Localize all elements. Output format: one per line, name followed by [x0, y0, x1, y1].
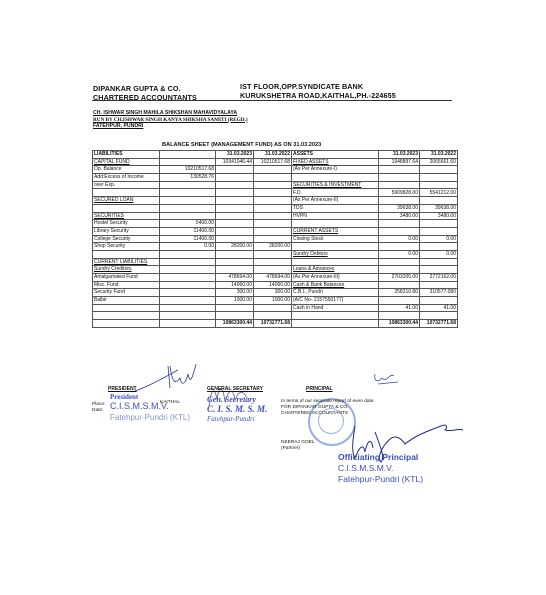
- asset-description: Cash in Hand: [292, 304, 379, 312]
- liability-description: SECURED LOAN: [93, 197, 160, 205]
- liability-current-amount: [216, 312, 254, 320]
- liability-current-amount: [216, 250, 254, 258]
- liability-description: Shop Security: [93, 243, 160, 251]
- header-liab-year-current: 31.03.2023: [216, 151, 254, 159]
- liability-sub-amount: 11400.00: [160, 235, 216, 243]
- asset-current-amount: [379, 266, 420, 274]
- liability-sub-amount: 5400.00: [160, 220, 216, 228]
- liability-sub-amount: 0.00: [160, 243, 216, 251]
- asset-description: [292, 220, 379, 228]
- asset-description: [292, 174, 379, 182]
- asset-current-amount: [379, 197, 420, 205]
- liability-description: College Security: [93, 235, 160, 243]
- address-line-2: KURUKSHETRA ROAD,KAITHAL,PH.-224655: [240, 92, 396, 101]
- asset-description: CURRENT ASSETS: [292, 227, 379, 235]
- liability-description: CAPITAL FUND: [93, 158, 160, 166]
- liability-description: [93, 250, 160, 258]
- liability-sub-amount: 130528.76: [160, 174, 216, 182]
- liability-sub-amount: [160, 312, 216, 320]
- table-row: Library Security11400.00CURRENT ASSETS: [93, 227, 458, 235]
- liability-current-amount: 478694.00: [216, 274, 254, 282]
- asset-description: [292, 243, 379, 251]
- table-row: Shop Security0.0028200.0028200.00: [93, 243, 458, 251]
- table-row: Hostel Security5400.00: [93, 220, 458, 228]
- asset-current-amount: 3480.00: [379, 212, 420, 220]
- liability-previous-amount: [254, 212, 292, 220]
- liability-sub-amount: [160, 181, 216, 189]
- asset-previous-amount: 0.00: [420, 235, 458, 243]
- table-row: SECURED LOAN(As Per Annexure-II): [93, 197, 458, 205]
- asset-current-amount: 41.00: [379, 304, 420, 312]
- asset-previous-amount: [420, 266, 458, 274]
- asset-description: (A/C No- 2157550177): [292, 297, 379, 305]
- principal-initials-scribble: [372, 370, 402, 386]
- asset-description: [292, 258, 379, 266]
- table-row: Balbir1000.001000.00(A/C No- 2157550177): [93, 297, 458, 305]
- liability-current-amount: 1000.00: [216, 297, 254, 305]
- liability-description: [93, 189, 160, 197]
- liability-current-amount: [216, 220, 254, 228]
- asset-previous-amount: 310577.080: [420, 289, 458, 297]
- total-liab-previous: 10732771.68: [254, 320, 292, 328]
- asset-previous-amount: [420, 297, 458, 305]
- liability-sub-amount: [160, 304, 216, 312]
- table-row: Cash in Hand41.0041.00: [93, 304, 458, 312]
- asset-previous-amount: 0.00: [420, 250, 458, 258]
- table-row: Sundry Debtors0.000.00: [93, 250, 458, 258]
- liability-sub-amount: [160, 197, 216, 205]
- table-row: Misc. Fund14060.0014060.00Cash & Bank Ba…: [93, 281, 458, 289]
- asset-description: SECURITIES & INVESTMENT: [292, 181, 379, 189]
- principal-stamp-org: C.I.S.M.S.M.V.: [338, 463, 393, 473]
- gen-sec-stamp-org: C. I. S. M. S. M.: [207, 404, 267, 414]
- institution-name: CH. ISHWAR SINGH MAHILA SHIKSHAN MAHAVID…: [93, 110, 248, 117]
- table-row: Security Fund300.00300.00C.B.I., Pundri2…: [93, 289, 458, 297]
- gen-sec-stamp-title: Gen. Secretary: [207, 395, 256, 404]
- liability-sub-amount: [160, 274, 216, 282]
- liability-description: over Exp.: [93, 181, 160, 189]
- table-total-row: 10863300.44 10732771.68 10863300.44 1073…: [93, 320, 458, 328]
- liability-description: Sundry Creditors: [93, 266, 160, 274]
- institution-block: CH. ISHWAR SINGH MAHILA SHIKSHAN MAHAVID…: [93, 110, 248, 130]
- asset-description: Loans & Advances: [292, 266, 379, 274]
- header-divider: [92, 100, 452, 101]
- institution-run-by: RUN BY CH.ISHWAR SINGH KANYA SHIKSHA SAM…: [93, 117, 248, 124]
- asset-current-amount: [379, 166, 420, 174]
- asset-description: (As Per Annexure-I): [292, 166, 379, 174]
- president-stamp-title: President: [110, 393, 138, 401]
- table-row: CURRENT LIABILITIES: [93, 258, 458, 266]
- asset-description: FIXED ASSETS: [292, 158, 379, 166]
- asset-description: (As Per Annexure-III): [292, 274, 379, 282]
- liability-sub-amount: 11400.00: [160, 227, 216, 235]
- table-row: Add:Excess of Income130528.76: [93, 174, 458, 182]
- principal-stamp-title: Officiating Principal: [338, 452, 418, 462]
- liability-sub-amount: [160, 281, 216, 289]
- asset-previous-amount: [420, 197, 458, 205]
- asset-previous-amount: [420, 227, 458, 235]
- table-row: F.D.5909828.005541212.00: [93, 189, 458, 197]
- liability-description: [93, 204, 160, 212]
- asset-current-amount: [379, 297, 420, 305]
- liability-description: Hostel Security: [93, 220, 160, 228]
- liability-previous-amount: [254, 258, 292, 266]
- liability-previous-amount: [254, 266, 292, 274]
- asset-current-amount: 39638.00: [379, 204, 420, 212]
- asset-previous-amount: 41.00: [420, 304, 458, 312]
- liability-previous-amount: [254, 304, 292, 312]
- liability-current-amount: [216, 235, 254, 243]
- asset-current-amount: 1948897.64: [379, 158, 420, 166]
- liability-description: Security Fund: [93, 289, 160, 297]
- liability-description: CURRENT LIABILITIES: [93, 258, 160, 266]
- asset-current-amount: [379, 220, 420, 228]
- asset-current-amount: [379, 243, 420, 251]
- liability-previous-amount: [254, 174, 292, 182]
- liability-sub-amount: [160, 297, 216, 305]
- place-value: KAITHAL: [160, 400, 180, 406]
- asset-description: (As Per Annexure-II): [292, 197, 379, 205]
- liability-previous-amount: [254, 312, 292, 320]
- liability-previous-amount: 14060.00: [254, 281, 292, 289]
- liability-current-amount: [216, 212, 254, 220]
- asset-description: [292, 312, 379, 320]
- liability-current-amount: [216, 266, 254, 274]
- total-liab-current: 10863300.44: [216, 320, 254, 328]
- liability-previous-amount: [254, 220, 292, 228]
- liability-previous-amount: 28200.00: [254, 243, 292, 251]
- gen-sec-label: GENERAL SECRETARY: [207, 386, 263, 392]
- liability-sub-amount: [160, 189, 216, 197]
- liability-description: Amalgamated Fund: [93, 274, 160, 282]
- liability-current-amount: [216, 166, 254, 174]
- liability-sub-amount: [160, 289, 216, 297]
- liability-description: Op. Balance: [93, 166, 160, 174]
- partner-role: (Partner): [281, 446, 315, 452]
- liability-current-amount: [216, 189, 254, 197]
- liability-description: [93, 304, 160, 312]
- liability-current-amount: [216, 204, 254, 212]
- liability-current-amount: 14060.00: [216, 281, 254, 289]
- asset-current-amount: 2703205.00: [379, 274, 420, 282]
- liability-current-amount: [216, 304, 254, 312]
- asset-previous-amount: [420, 181, 458, 189]
- liability-description: Balbir: [93, 297, 160, 305]
- liability-sub-amount: [160, 266, 216, 274]
- liability-previous-amount: [254, 227, 292, 235]
- asset-current-amount: [379, 174, 420, 182]
- asset-previous-amount: 3480.00: [420, 212, 458, 220]
- balance-sheet-title: BALANCE SHEET (MANAGEMENT FUND) AS ON 31…: [162, 142, 321, 148]
- liability-previous-amount: 10210517.68: [254, 158, 292, 166]
- liability-previous-amount: [254, 235, 292, 243]
- liability-current-amount: [216, 258, 254, 266]
- principal-stamp-location: Fatehpur-Pundri (KTL): [338, 474, 423, 484]
- asset-current-amount: [379, 181, 420, 189]
- asset-current-amount: [379, 258, 420, 266]
- header-asset-year-current: 31.03.2023: [379, 151, 420, 159]
- liability-current-amount: 28200.00: [216, 243, 254, 251]
- balance-sheet-table: LIABILITIES 31.03.2023 31.03.2022 ASSETS…: [92, 150, 458, 328]
- liability-description: Misc. Fund: [93, 281, 160, 289]
- asset-current-amount: [379, 281, 420, 289]
- liability-previous-amount: 478694.00: [254, 274, 292, 282]
- table-row: over Exp.SECURITIES & INVESTMENT: [93, 181, 458, 189]
- asset-description: C.B.I., Pundri: [292, 289, 379, 297]
- asset-previous-amount: 5541212.00: [420, 189, 458, 197]
- liability-sub-amount: [160, 158, 216, 166]
- liability-description: SECURITIES: [93, 212, 160, 220]
- asset-previous-amount: [420, 174, 458, 182]
- total-asset-previous: 10732771.68: [420, 320, 458, 328]
- liability-previous-amount: [254, 166, 292, 174]
- table-row: CAPITAL FUND10341046.4410210517.68FIXED …: [93, 158, 458, 166]
- table-row: Sundry CreditorsLoans & Advances: [93, 266, 458, 274]
- liability-description: [93, 312, 160, 320]
- asset-current-amount: 5909828.00: [379, 189, 420, 197]
- asset-current-amount: [379, 312, 420, 320]
- header-asset-year-previous: 31.03.2022: [420, 151, 458, 159]
- liability-previous-amount: [254, 204, 292, 212]
- asset-previous-amount: 2772162.00: [420, 274, 458, 282]
- liability-current-amount: [216, 181, 254, 189]
- table-header-row: LIABILITIES 31.03.2023 31.03.2022 ASSETS…: [93, 151, 458, 159]
- table-row: Amalgamated Fund478694.00478694.00(As Pe…: [93, 274, 458, 282]
- asset-description: Sundry Debtors: [292, 250, 379, 258]
- liability-previous-amount: 1000.00: [254, 297, 292, 305]
- liability-sub-amount: [160, 258, 216, 266]
- asset-previous-amount: [420, 166, 458, 174]
- liability-description: Library Security: [93, 227, 160, 235]
- asset-previous-amount: [420, 220, 458, 228]
- asset-description: Closing Stock: [292, 235, 379, 243]
- liability-previous-amount: [254, 197, 292, 205]
- gen-sec-stamp-location: Fatehpur-Pundri: [207, 415, 255, 423]
- liability-previous-amount: [254, 181, 292, 189]
- asset-previous-amount: [420, 312, 458, 320]
- table-row: TDS39638.0039638.00: [93, 204, 458, 212]
- header-assets: ASSETS: [292, 151, 379, 159]
- asset-description: Cash & Bank Balances: [292, 281, 379, 289]
- liability-previous-amount: [254, 189, 292, 197]
- date-label: Date:: [92, 408, 103, 414]
- asset-description: TDS: [292, 204, 379, 212]
- institution-location: FATEHPUR, PUNDRI: [93, 123, 248, 130]
- table-row: Op. Balance10210517.68(As Per Annexure-I…: [93, 166, 458, 174]
- liability-sub-amount: [160, 204, 216, 212]
- principal-label: PRINCIPAL: [306, 386, 333, 392]
- president-stamp-location: Fatehpur-Pundri (KTL): [110, 413, 190, 422]
- table-row: College Security11400.00Closing Stock0.0…: [93, 235, 458, 243]
- president-label: PRESIDENT: [108, 386, 137, 392]
- liability-previous-amount: [254, 250, 292, 258]
- asset-previous-amount: [420, 243, 458, 251]
- header-liab-year-previous: 31.03.2022: [254, 151, 292, 159]
- asset-current-amount: 258210.80: [379, 289, 420, 297]
- asset-current-amount: 0.00: [379, 235, 420, 243]
- firm-address-block: IST FLOOR,OPP.SYNDICATE BANK KURUKSHETRA…: [240, 83, 396, 100]
- asset-current-amount: [379, 227, 420, 235]
- auditor-line-3: CHARTERED ACCOUNTANTS: [281, 411, 375, 417]
- asset-previous-amount: [420, 281, 458, 289]
- header-liabilities: LIABILITIES: [93, 151, 160, 159]
- asset-current-amount: 0.00: [379, 250, 420, 258]
- liability-description: Add:Excess of Income: [93, 174, 160, 182]
- liability-sub-amount: [160, 212, 216, 220]
- liability-sub-amount: 10210517.68: [160, 166, 216, 174]
- liability-sub-amount: [160, 250, 216, 258]
- liability-current-amount: 10341046.44: [216, 158, 254, 166]
- liability-previous-amount: 300.00: [254, 289, 292, 297]
- auditor-block: In terms of our separate report of even …: [281, 399, 375, 417]
- asset-previous-amount: [420, 258, 458, 266]
- liability-current-amount: [216, 227, 254, 235]
- asset-description: HVPN: [292, 212, 379, 220]
- asset-description: F.D.: [292, 189, 379, 197]
- liability-current-amount: [216, 174, 254, 182]
- table-row: [93, 312, 458, 320]
- president-signature-scribble: [130, 360, 200, 400]
- table-row: SECURITIESHVPN3480.003480.00: [93, 212, 458, 220]
- liability-current-amount: 300.00: [216, 289, 254, 297]
- asset-previous-amount: 2065661.60: [420, 158, 458, 166]
- total-asset-current: 10863300.44: [379, 320, 420, 328]
- liability-current-amount: [216, 197, 254, 205]
- asset-previous-amount: 39638.00: [420, 204, 458, 212]
- partner-block: NEERAJ GOEL (Partner): [281, 440, 315, 452]
